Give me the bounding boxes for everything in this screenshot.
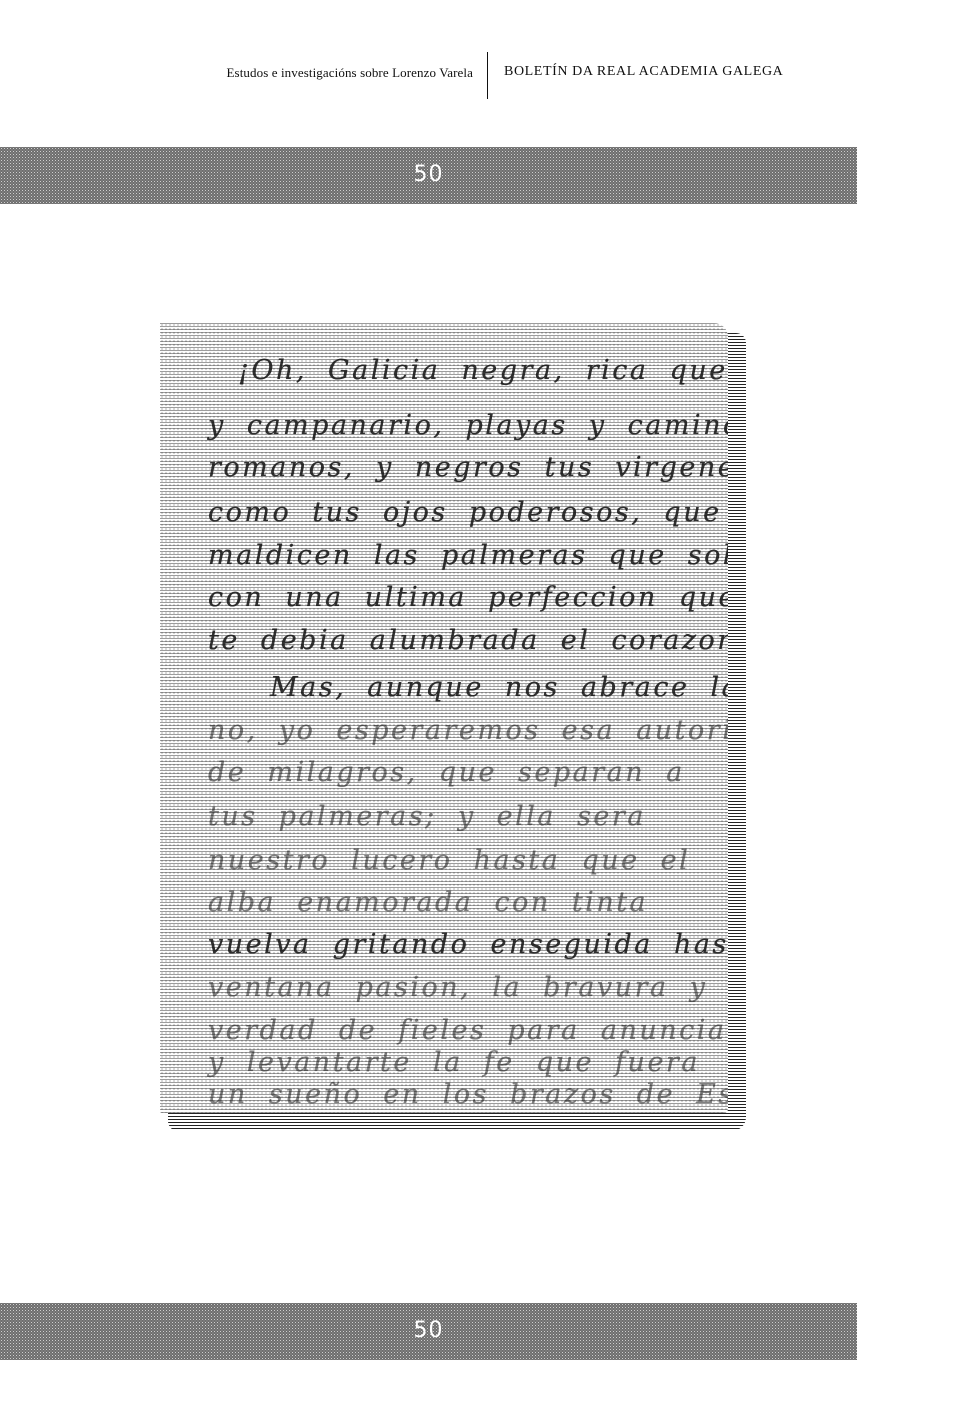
manuscript-line: romanos, y negros tus virgenes	[208, 448, 718, 488]
manuscript-figure: ¡Oh, Galicia negra, rica que hay cumbre …	[160, 323, 746, 1131]
manuscript-line: ¡Oh, Galicia negra, rica que hay cumbre	[238, 351, 728, 391]
manuscript-line: nuestro lucero hasta que el	[208, 841, 718, 881]
top-page-bar: 50	[0, 147, 857, 204]
manuscript-page: ¡Oh, Galicia negra, rica que hay cumbre …	[160, 323, 728, 1113]
manuscript-line: con una ultima perfeccion que	[208, 578, 718, 618]
manuscript-line: un sueño en los brazos de España!	[208, 1075, 718, 1113]
header-journal-title: BOLETÍN DA REAL ACADEMIA GALEGA	[504, 64, 783, 80]
manuscript-line: como tus ojos poderosos, que	[208, 493, 718, 533]
manuscript-line: alba enamorada con tinta	[208, 883, 718, 923]
manuscript-line: tus palmeras; y ella sera	[208, 797, 718, 837]
manuscript-line: vuelva gritando enseguida hasta	[208, 925, 718, 965]
page-number-bottom: 50	[0, 1318, 857, 1343]
manuscript-line: no, yo esperaremos esa autoridad	[208, 711, 718, 751]
header-section-title: Estudos e investigacións sobre Lorenzo V…	[227, 65, 474, 81]
manuscript-line: maldicen las palmeras que solo	[208, 536, 718, 576]
manuscript-line: Mas, aunque nos abrace la ma-	[270, 668, 728, 708]
manuscript-line: y campanario, playas y caminos	[208, 406, 718, 446]
header-divider	[487, 52, 488, 99]
manuscript-line: de milagros, que separan a	[208, 753, 718, 793]
manuscript-line: ventana pasion, la bravura y	[208, 968, 718, 1008]
page-number-top: 50	[0, 162, 857, 187]
bottom-page-bar: 50	[0, 1303, 857, 1360]
manuscript-line: te debia alumbrada el corazon!	[208, 621, 718, 661]
running-header: Estudos e investigacións sobre Lorenzo V…	[0, 52, 975, 100]
